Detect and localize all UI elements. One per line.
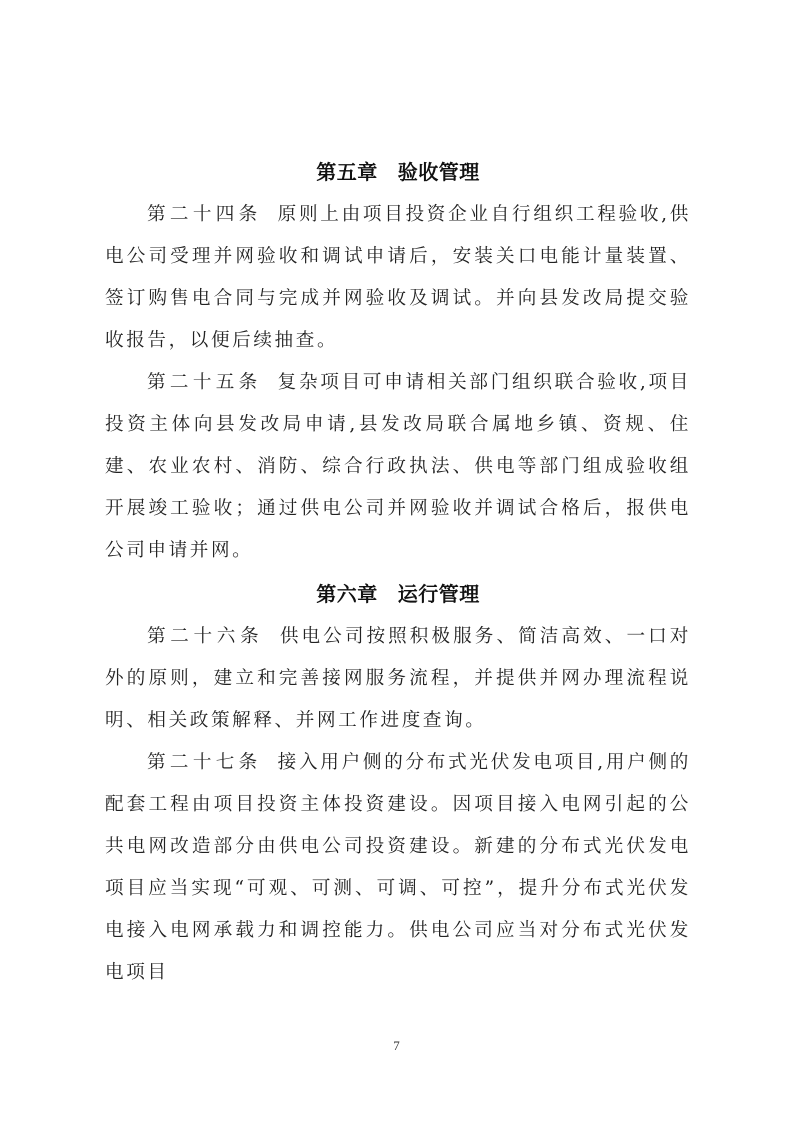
article-text: 接入用户侧的分布式光伏发电项目,用户侧的配套工程由项目投资主体投资建设。因项目接… (105, 752, 691, 983)
chapter-number: 第五章 (316, 160, 378, 184)
document-page: 第五章验收管理 第二十四条原则上由项目投资企业自行组织工程验收,供电公司受理并网… (0, 0, 793, 1122)
article-25: 第二十五条复杂项目可申请相关部门组织联合验收,项目投资主体向县发改局申请,县发改… (105, 362, 691, 572)
article-text: 复杂项目可申请相关部门组织联合验收,项目投资主体向县发改局申请,县发改局联合属地… (105, 372, 691, 561)
chapter-name: 验收管理 (398, 160, 480, 184)
article-26: 第二十六条供电公司按照积极服务、简洁高效、一口对外的原则，建立和完善接网服务流程… (105, 616, 691, 742)
article-number: 第二十七条 (147, 752, 262, 773)
article-text: 原则上由项目投资企业自行组织工程验收,供电公司受理并网验收和调试申请后，安装关口… (105, 204, 691, 351)
chapter-number: 第六章 (316, 582, 378, 606)
chapter-heading-6: 第六章运行管理 (105, 574, 691, 616)
article-number: 第二十六条 (147, 626, 263, 647)
chapter-name: 运行管理 (398, 582, 480, 606)
page-number: 7 (0, 1038, 793, 1054)
article-number: 第二十五条 (147, 372, 262, 393)
article-27: 第二十七条接入用户侧的分布式光伏发电项目,用户侧的配套工程由项目投资主体投资建设… (105, 742, 691, 994)
page-content: 第五章验收管理 第二十四条原则上由项目投资企业自行组织工程验收,供电公司受理并网… (105, 152, 691, 994)
article-24: 第二十四条原则上由项目投资企业自行组织工程验收,供电公司受理并网验收和调试申请后… (105, 194, 691, 362)
chapter-heading-5: 第五章验收管理 (105, 152, 691, 194)
article-number: 第二十四条 (147, 204, 262, 225)
